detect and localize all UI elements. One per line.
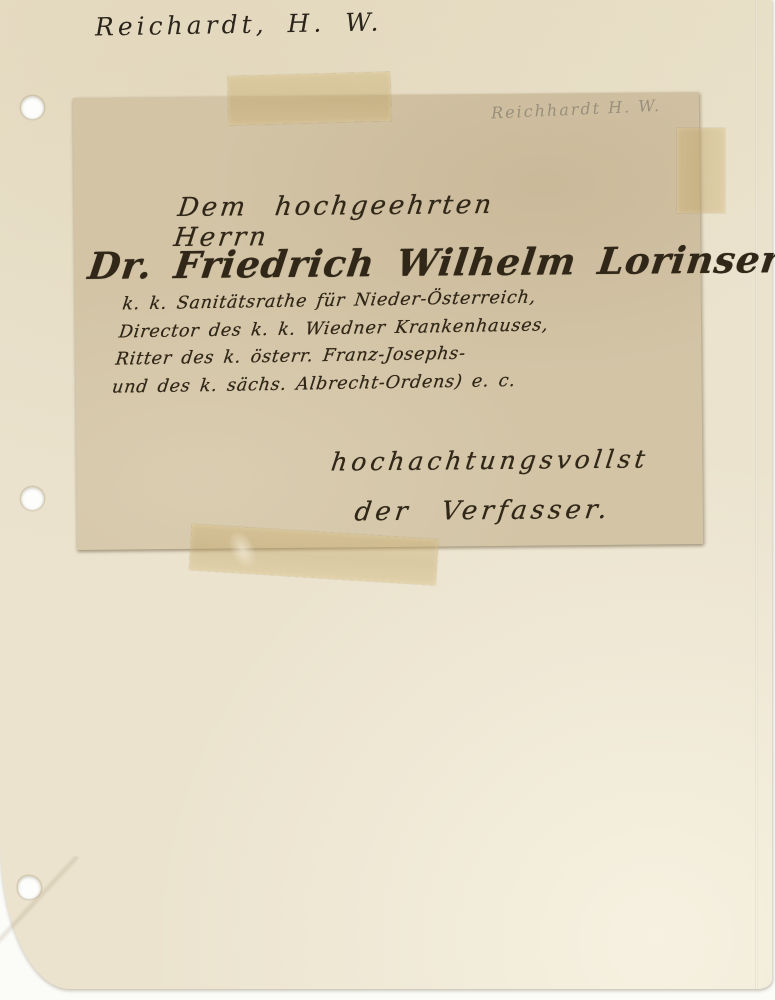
page-crease-line [755,0,758,989]
hole-punch-top [21,96,44,119]
scanned-document: Reichardt, H. W. Reichhardt H. W. Dem ho… [0,0,775,1000]
recipient-titles: k. k. Sanitätsrathe für Nieder-Österreic… [110,282,684,402]
archive-label: Reichardt, H. W. [95,7,383,41]
tape-right [677,128,725,213]
recipient-name: Dr. Friedrich Wilhelm Lorinser [86,238,692,288]
dedication-card: Reichhardt H. W. Dem hochgeehrten Herrn … [73,92,703,550]
tape-top [227,72,391,126]
closing-line: hochachtungsvollst [329,444,683,476]
pencil-annotation: Reichhardt H. W. [491,95,692,123]
signature-line: der Verfasser. [353,494,687,527]
album-page: Reichardt, H. W. Reichhardt H. W. Dem ho… [0,0,772,989]
hole-punch-middle [21,487,44,510]
page-corner-crease [0,839,79,972]
